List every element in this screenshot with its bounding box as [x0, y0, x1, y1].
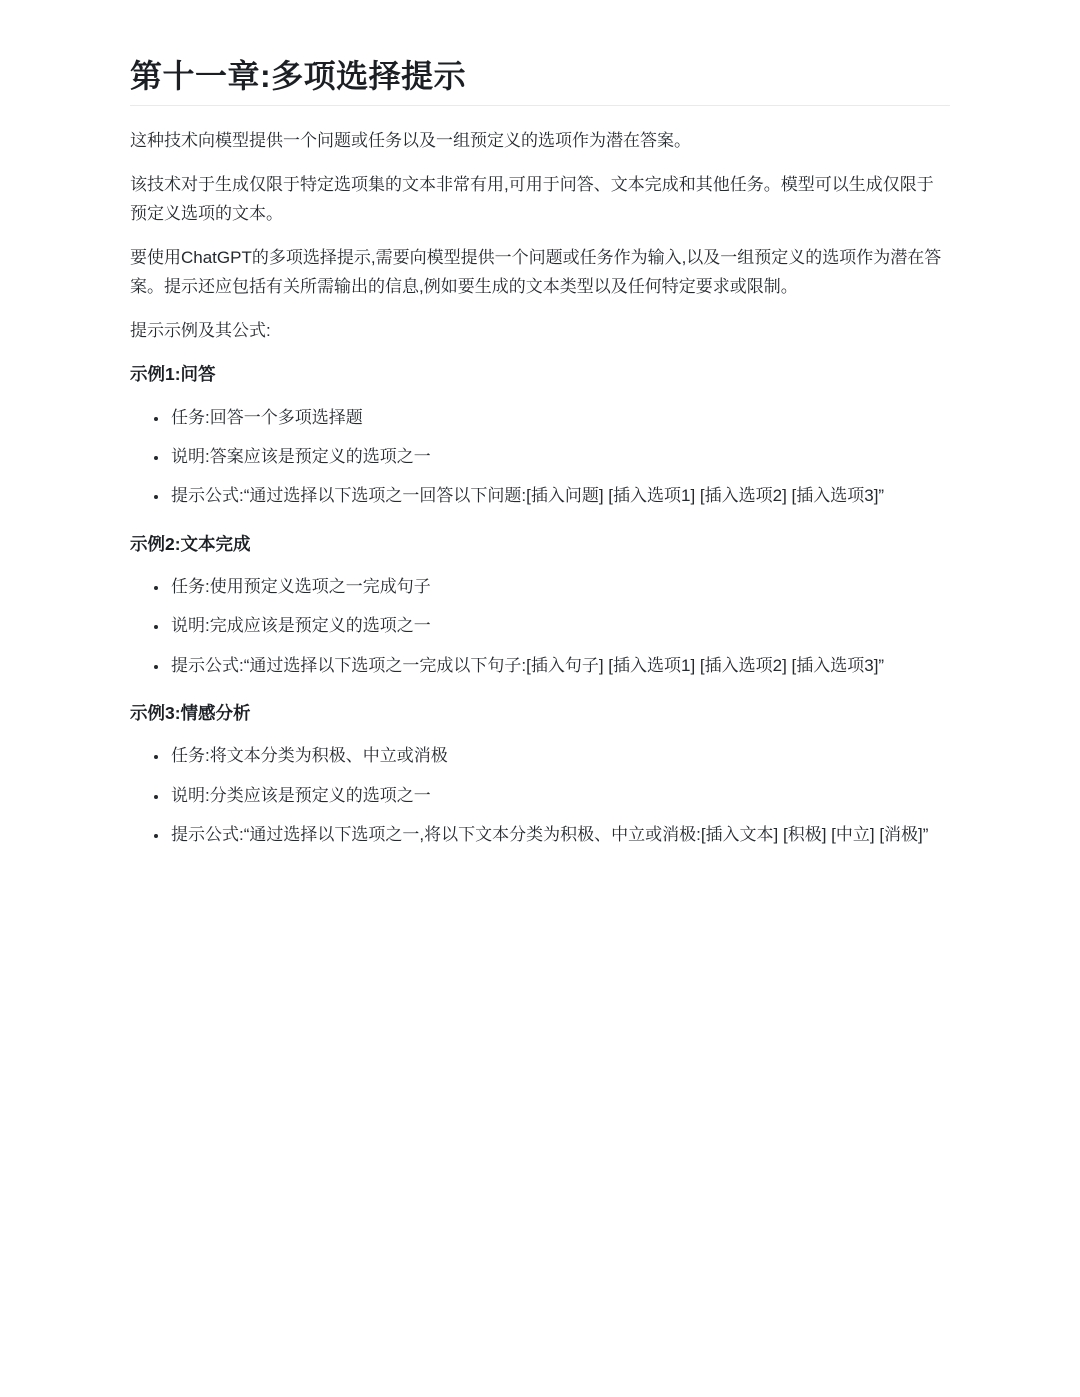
list-item: 提示公式:“通过选择以下选项之一,将以下文本分类为积极、中立或消极:[插入文本]…: [169, 821, 950, 849]
list-item: 提示公式:“通过选择以下选项之一回答以下问题:[插入问题] [插入选项1] [插…: [169, 482, 950, 510]
example-2-heading: 示例2:文本完成: [130, 531, 950, 557]
page-title: 第十一章:多项选择提示: [130, 56, 950, 106]
list-item: 任务:将文本分类为积极、中立或消极: [169, 742, 950, 770]
list-item: 说明:完成应该是预定义的选项之一: [169, 612, 950, 640]
list-item: 提示公式:“通过选择以下选项之一完成以下句子:[插入句子] [插入选项1] [插…: [169, 652, 950, 680]
example-1-heading: 示例1:问答: [130, 361, 950, 387]
example-3-list: 任务:将文本分类为积极、中立或消极 说明:分类应该是预定义的选项之一 提示公式:…: [130, 742, 950, 849]
intro-paragraph-3: 要使用ChatGPT的多项选择提示,需要向模型提供一个问题或任务作为输入,以及一…: [130, 244, 950, 301]
document-page: 第十一章:多项选择提示 这种技术向模型提供一个问题或任务以及一组预定义的选项作为…: [130, 0, 950, 849]
list-item: 任务:回答一个多项选择题: [169, 404, 950, 432]
intro-paragraph-2: 该技术对于生成仅限于特定选项集的文本非常有用,可用于问答、文本完成和其他任务。模…: [130, 171, 950, 228]
list-item: 说明:分类应该是预定义的选项之一: [169, 782, 950, 810]
intro-paragraph-4: 提示示例及其公式:: [130, 317, 950, 345]
example-1-list: 任务:回答一个多项选择题 说明:答案应该是预定义的选项之一 提示公式:“通过选择…: [130, 404, 950, 511]
list-item: 任务:使用预定义选项之一完成句子: [169, 573, 950, 601]
example-3-heading: 示例3:情感分析: [130, 700, 950, 726]
intro-paragraph-1: 这种技术向模型提供一个问题或任务以及一组预定义的选项作为潜在答案。: [130, 127, 950, 155]
list-item: 说明:答案应该是预定义的选项之一: [169, 443, 950, 471]
example-2-list: 任务:使用预定义选项之一完成句子 说明:完成应该是预定义的选项之一 提示公式:“…: [130, 573, 950, 680]
